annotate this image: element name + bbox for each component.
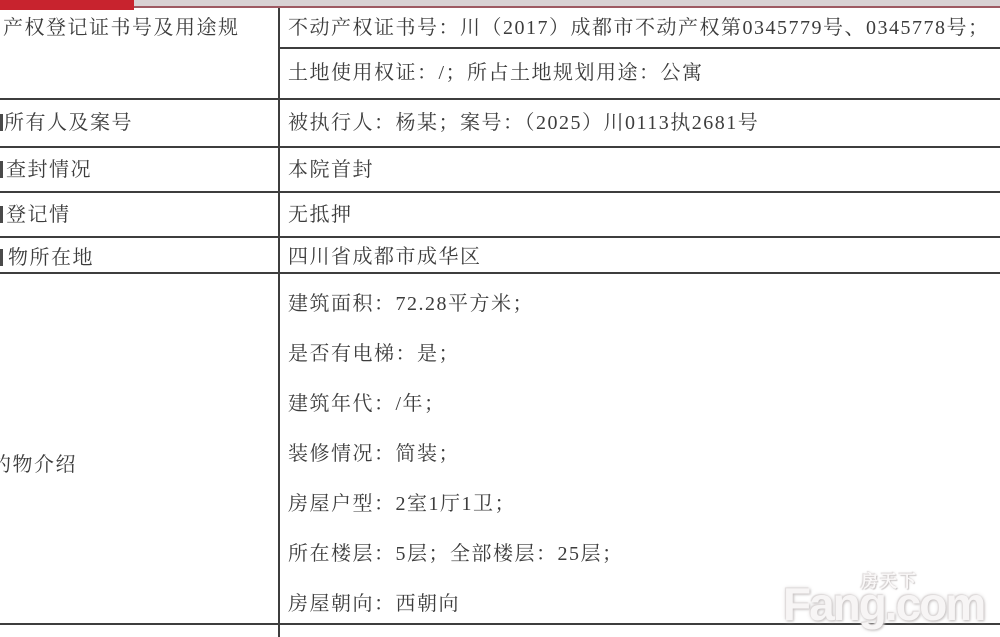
row-value-location: 四川省成都市成华区 [288, 244, 482, 270]
property-intro-list: 建筑面积：72.28平方米； 是否有电梯：是； 建筑年代：/年； 装修情况：简装… [288, 276, 624, 626]
row-label-owner-case: 所有人及案号 [4, 110, 133, 136]
row-value-seizure: 本院首封 [288, 157, 374, 183]
row-divider [0, 146, 1000, 148]
row-label-location: 物所在地 [8, 245, 94, 271]
row-divider [279, 47, 1000, 49]
row-label-property-intro: 的物介绍 [0, 452, 77, 478]
row-divider [0, 98, 1000, 100]
intro-line-area: 建筑面积：72.28平方米； [288, 276, 624, 326]
intro-line-decoration: 装修情况：简装； [288, 426, 624, 476]
row-value-land-use: 土地使用权证：/；所占土地规划用途：公寓 [288, 60, 704, 86]
row-divider [0, 236, 1000, 238]
intro-line-floor: 所在楼层：5层；全部楼层：25层； [288, 526, 624, 576]
row-value-mortgage: 无抵押 [288, 202, 353, 228]
row-divider [0, 191, 1000, 193]
row-label-mortgage: 登记情 [6, 202, 71, 228]
clipped-char-fragment [0, 206, 3, 223]
intro-line-elevator: 是否有电梯：是； [288, 326, 624, 376]
row-label-seizure: 查封情况 [6, 157, 92, 183]
row-divider [0, 272, 1000, 274]
fang-watermark-cn: 房天下 [861, 567, 918, 592]
header-strip [0, 0, 1000, 8]
auction-detail-page: 产权登记证书号及用途规 所有人及案号 查封情况 登记情 物所在地 的物介绍 不动… [0, 0, 1000, 637]
clipped-char-fragment [0, 249, 3, 266]
header-red-tab [0, 0, 134, 10]
clipped-char-fragment [0, 114, 3, 131]
row-label-cert-number: 产权登记证书号及用途规 [3, 15, 240, 41]
intro-line-build-year: 建筑年代：/年； [288, 376, 624, 426]
intro-line-layout: 房屋户型：2室1厅1卫； [288, 476, 624, 526]
clipped-char-fragment [0, 161, 3, 178]
row-value-owner-case: 被执行人：杨某；案号：（2025）川0113执2681号 [288, 110, 759, 136]
table-column-divider [278, 8, 280, 637]
row-value-cert-number: 不动产权证书号：川（2017）成都市不动产权第0345779号、0345778号… [288, 15, 990, 41]
intro-line-orientation: 房屋朝向：西朝向 [288, 576, 624, 626]
